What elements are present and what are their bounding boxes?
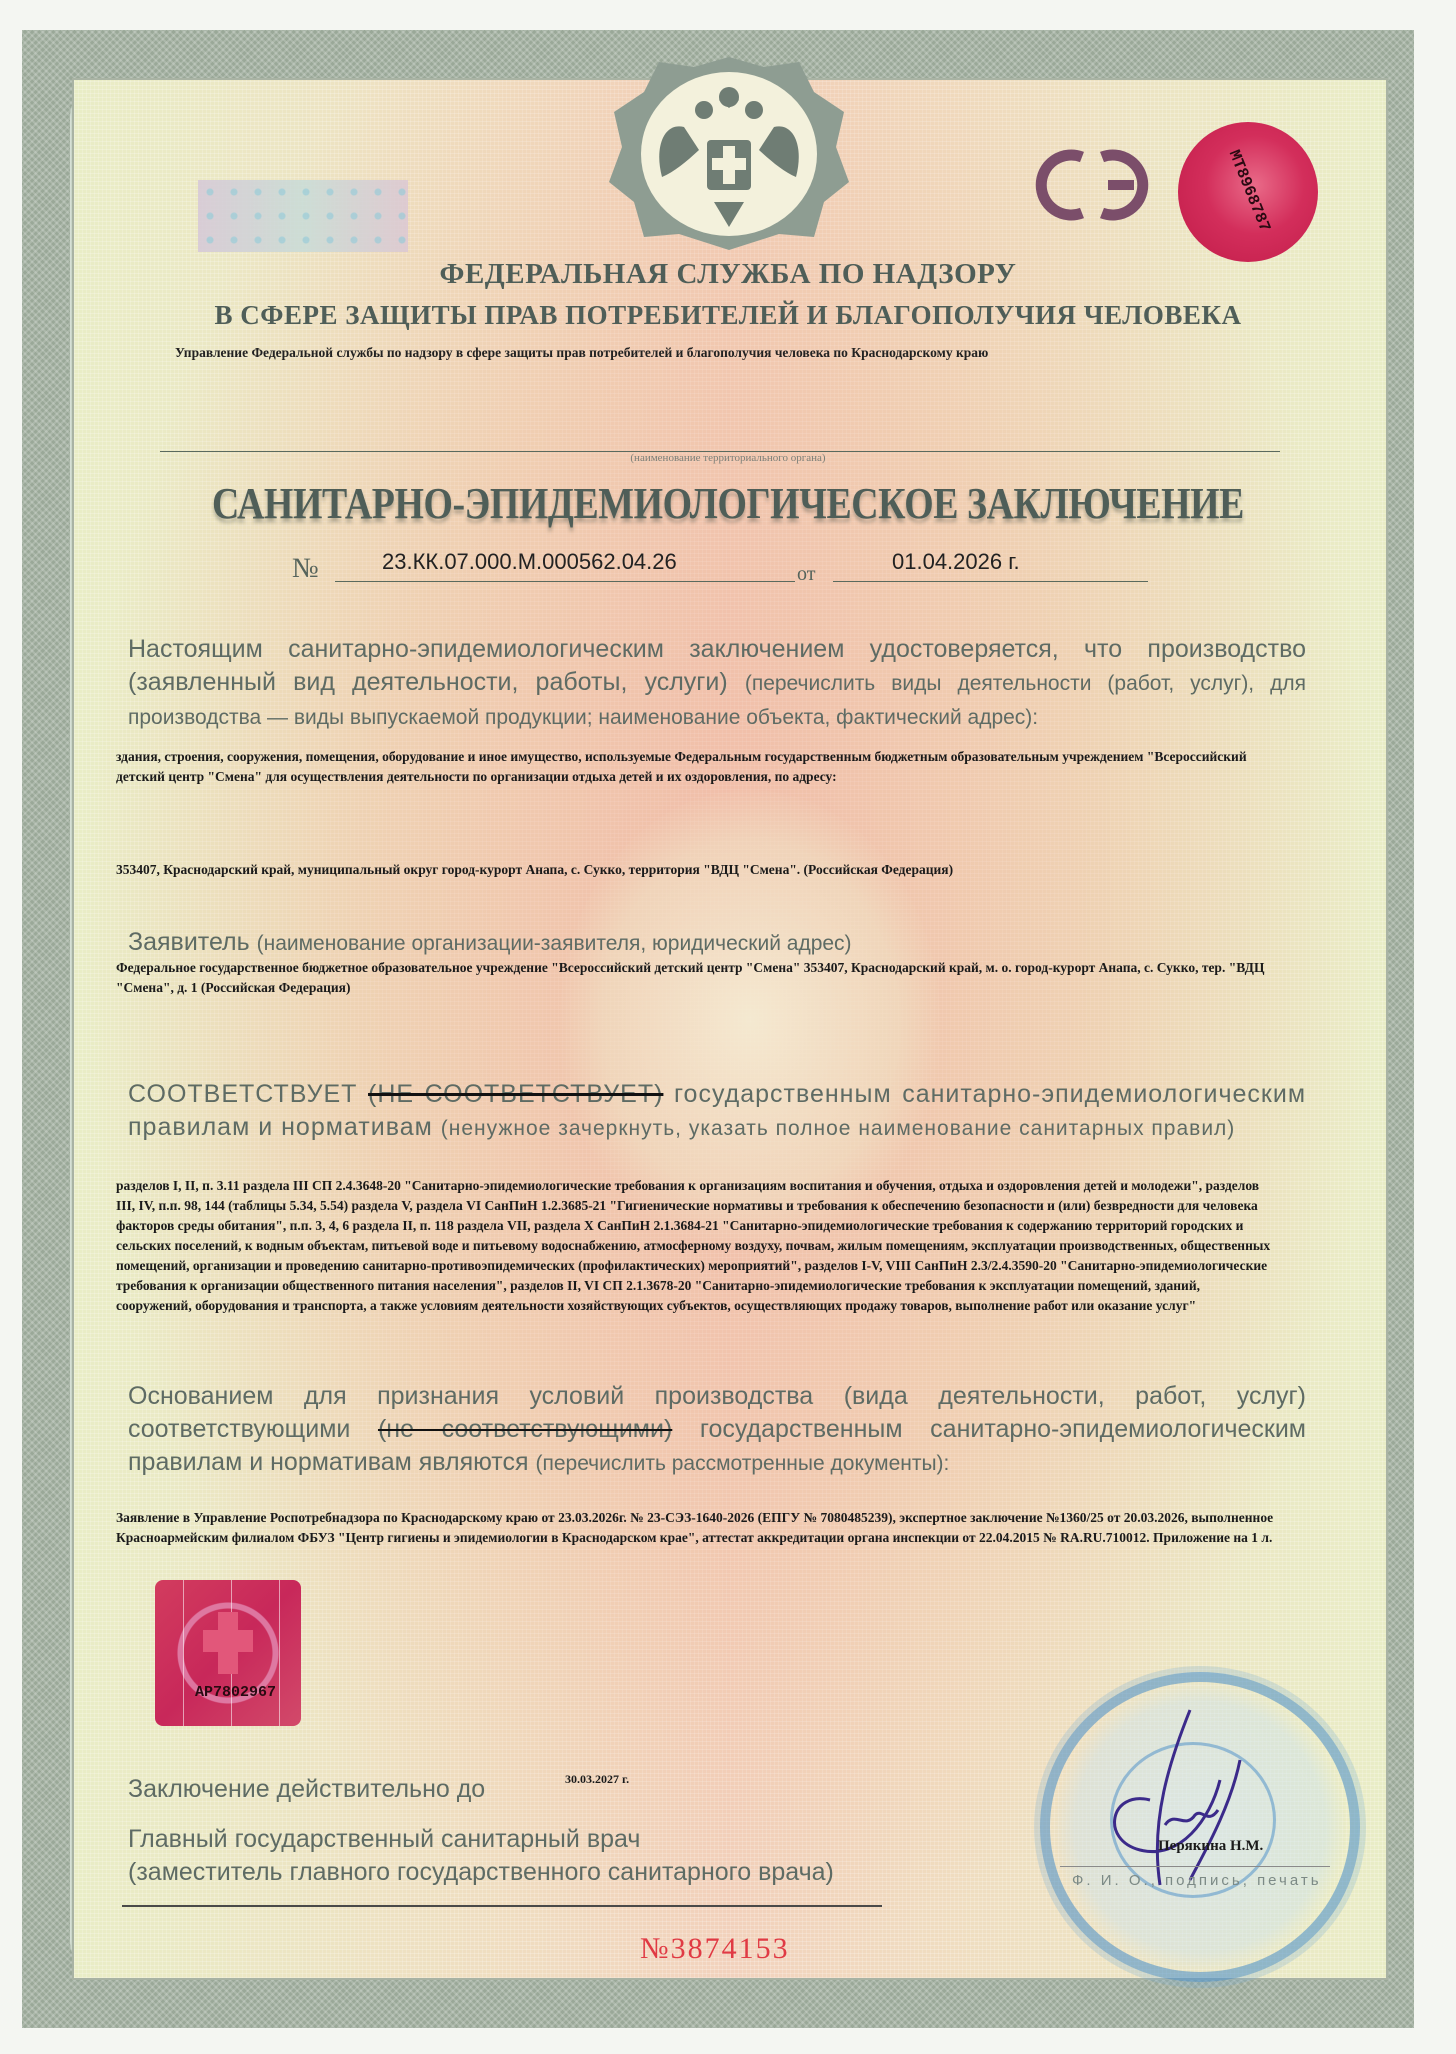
- applicant-value: Федеральное государственное бюджетное об…: [116, 958, 1276, 998]
- applicant-hint: (наименование организации-заявителя, юри…: [257, 932, 852, 955]
- basis-value: Заявление в Управление Роспотребнадзора …: [116, 1508, 1276, 1548]
- basis-hint: (перечислить рассмотренные документы):: [535, 1452, 949, 1475]
- validity-date: 30.03.2027 г.: [565, 1772, 629, 1787]
- territorial-body: Управление Федеральной службы по надзору…: [175, 345, 988, 361]
- struck-status: (НЕ СООТВЕТСТВУЕТ): [368, 1080, 663, 1108]
- medical-cross-icon: [203, 1612, 253, 1674]
- agency-line-1: ФЕДЕРАЛЬНАЯ СЛУЖБА ПО НАДЗОРУ: [0, 258, 1456, 291]
- hologram-strip: [198, 180, 408, 252]
- compliance-status: СООТВЕТСТВУЕТ: [128, 1080, 357, 1108]
- document-title: САНИТАРНО-ЭПИДЕМИОЛОГИЧЕСКОЕ ЗАКЛЮЧЕНИЕ: [102, 478, 1354, 529]
- applicant-label-text: Заявитель: [128, 928, 250, 956]
- se-logo-icon: [1030, 145, 1160, 225]
- compliance-hint: (ненужное зачеркнуть, указать полное наи…: [441, 1117, 1236, 1140]
- basis-struck: (не соответствующими): [378, 1415, 672, 1443]
- compliance-value: разделов I, II, п. 3.11 раздела III СП 2…: [116, 1176, 1276, 1316]
- hologram-seal: МТ8968787: [1178, 122, 1318, 262]
- date-label: от: [797, 563, 815, 586]
- document-date: 01.04.2026 г.: [892, 549, 1020, 575]
- validity-label: Заключение действительно до: [128, 1775, 485, 1804]
- signatory-title-2: (заместитель главного государственного с…: [128, 1856, 834, 1889]
- sticker-serial: АР7802967: [195, 1684, 276, 1701]
- object-intro: Настоящим санитарно-эпидемиологическим з…: [128, 633, 1306, 734]
- signature-icon: [1090, 1700, 1270, 1890]
- agency-line-2: В СФЕРЕ ЗАЩИТЫ ПРАВ ПОТРЕБИТЕЛЕЙ И БЛАГО…: [0, 300, 1456, 331]
- number-underline: [335, 581, 795, 582]
- form-serial-number: №3874153: [640, 1932, 790, 1966]
- signer-caption: Ф. И. О., подпись, печать: [1072, 1872, 1322, 1889]
- signature-line: [122, 1905, 882, 1907]
- hologram-serial: МТ8968787: [1225, 148, 1274, 235]
- object-value: здания, строения, сооружения, помещения,…: [116, 747, 1276, 787]
- territorial-caption: (наименование территориального органа): [0, 452, 1456, 464]
- signatory-title: Главный государственный санитарный врач: [128, 1823, 640, 1856]
- signer-underline: [1060, 1866, 1330, 1867]
- applicant-label: Заявитель (наименование организации-заяв…: [128, 926, 1306, 960]
- signer-name: Перякина Н.М.: [1158, 1838, 1263, 1855]
- coat-of-arms-emblem-icon: [604, 52, 854, 252]
- document-number: 23.КК.07.000.М.000562.04.26: [382, 549, 677, 575]
- basis-statement: Основанием для признания условий произво…: [128, 1380, 1306, 1480]
- compliance-statement: СООТВЕТСТВУЕТ (НЕ СООТВЕТСТВУЕТ) государ…: [128, 1078, 1306, 1145]
- date-underline: [833, 581, 1148, 582]
- object-address: 353407, Краснодарский край, муниципальны…: [116, 860, 1276, 880]
- hologram-sticker: АР7802967: [155, 1580, 301, 1726]
- number-label: №: [292, 553, 319, 585]
